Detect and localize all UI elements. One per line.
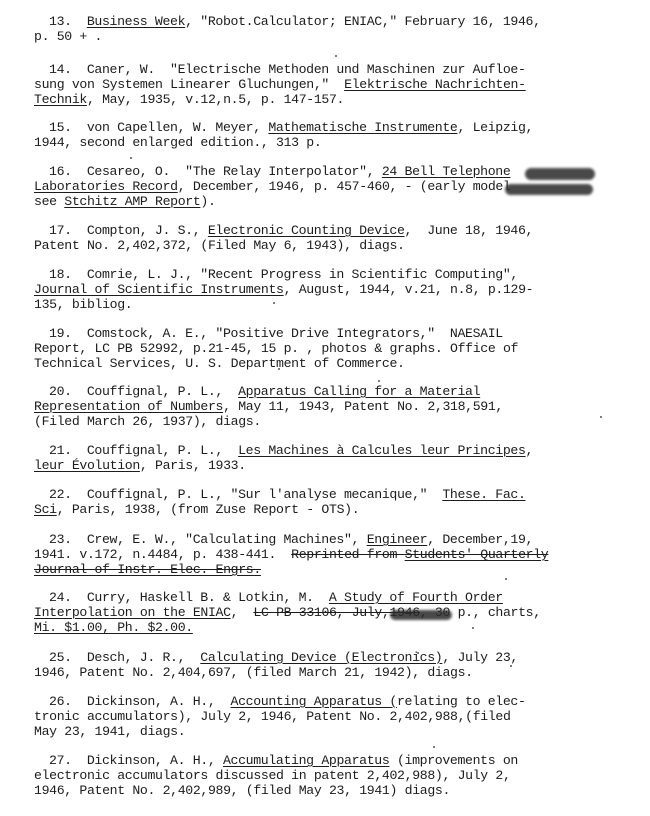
entry-text: , August, 1944, v.21, n.8, p.129- bbox=[284, 282, 534, 297]
entry-line: tronic accumulators), July 2, 1946, Pate… bbox=[34, 709, 644, 724]
entry-number: 17. bbox=[34, 223, 87, 238]
bibliography-entry: 23. Crew, E. W., "Calculating Machines",… bbox=[34, 532, 644, 577]
scan-speck bbox=[505, 578, 507, 580]
scan-speck bbox=[273, 302, 275, 304]
entry-line: electronic accumulators discussed in pat… bbox=[34, 768, 644, 783]
underlined-title: Business Week bbox=[87, 14, 185, 29]
entry-number: 14. bbox=[34, 62, 87, 77]
entry-text: (improvements on bbox=[389, 753, 518, 768]
entry-text: Technical Services, U. S. Department of … bbox=[34, 356, 405, 371]
entry-line: 1946, Patent No. 2,402,989, (filed May 2… bbox=[34, 783, 644, 798]
entry-text: Compton, J. S., bbox=[87, 223, 208, 238]
entry-line: 27. Dickinson, A. H., Accumulating Appar… bbox=[34, 753, 644, 768]
entry-line: Journal of Instr. Elec. Engrs. bbox=[34, 562, 644, 577]
entry-text: von Capellen, W. Meyer, bbox=[87, 120, 269, 135]
entry-text: (Filed March 26, 1937), diags. bbox=[34, 414, 261, 429]
underlined-title: Accumulating Apparatus bbox=[223, 753, 389, 768]
entry-text: , July 23, bbox=[442, 650, 518, 665]
entry-text: relating to elec- bbox=[397, 694, 526, 709]
underlined-title: Elektrische Nachrichten- bbox=[344, 77, 526, 92]
entry-text: tronic accumulators), July 2, 1946, Pate… bbox=[34, 709, 511, 724]
entry-text: ). bbox=[200, 194, 215, 209]
entry-text: Couffignal, P. L., bbox=[87, 384, 238, 399]
entry-line: 25. Desch, J. R., Calculating Device (El… bbox=[34, 650, 644, 665]
entry-text: , Paris, 1933. bbox=[140, 458, 246, 473]
bibliography-entry: 22. Couffignal, P. L., "Sur l'analyse me… bbox=[34, 487, 644, 517]
entry-line: 18. Comrie, L. J., "Recent Progress in S… bbox=[34, 267, 644, 282]
entry-text: Caner, W. "Electrische Methoden und Masc… bbox=[87, 62, 526, 77]
underlined-title: Electronic Counting Device bbox=[208, 223, 405, 238]
entry-number: 23. bbox=[34, 532, 87, 547]
scan-speck bbox=[510, 665, 512, 667]
entry-text: Cesareo, O. "The Relay Interpolator", bbox=[87, 164, 382, 179]
entry-line: 21. Couffignal, P. L., Les Machines à Ca… bbox=[34, 443, 644, 458]
entry-text: May 23, 1941, diags. bbox=[34, 724, 185, 739]
entry-line: Sci, Paris, 1938, (from Zuse Report - OT… bbox=[34, 502, 644, 517]
entry-line: 22. Couffignal, P. L., "Sur l'analyse me… bbox=[34, 487, 644, 502]
entry-line: (Filed March 26, 1937), diags. bbox=[34, 414, 644, 429]
bibliography-entry: 26. Dickinson, A. H., Accounting Apparat… bbox=[34, 694, 644, 739]
entry-text: , December,19, bbox=[427, 532, 533, 547]
entry-text: 1946, Patent No. 2,404,697, (filed March… bbox=[34, 665, 473, 680]
scan-speck bbox=[335, 55, 337, 57]
bibliography-entry: 14. Caner, W. "Electrische Methoden und … bbox=[34, 62, 644, 107]
entry-line: 20. Couffignal, P. L., Apparatus Calling… bbox=[34, 384, 644, 399]
underlined-title: Mi. $1.00, Ph. $2.00. bbox=[34, 620, 193, 635]
underlined-title: leur Évolution bbox=[34, 458, 140, 473]
struck-text: Reprinted from bbox=[291, 547, 404, 562]
entry-text: sung von Systemen Linearer Gluchungen," bbox=[34, 77, 344, 92]
entry-text: Dickinson, A. H., bbox=[87, 753, 223, 768]
bibliography-entry: 27. Dickinson, A. H., Accumulating Appar… bbox=[34, 753, 644, 798]
entry-number: 21. bbox=[34, 443, 87, 458]
entry-text: , December, 1946, p. 457-460, - (early m… bbox=[178, 179, 511, 194]
entry-line: 14. Caner, W. "Electrische Methoden und … bbox=[34, 62, 644, 77]
scan-speck bbox=[278, 368, 280, 370]
entry-text: Couffignal, P. L., bbox=[87, 443, 238, 458]
entry-number: 27. bbox=[34, 753, 87, 768]
entry-line: 26. Dickinson, A. H., Accounting Apparat… bbox=[34, 694, 644, 709]
underlined-title: These. Fac. bbox=[442, 487, 525, 502]
entry-text: Desch, J. R., bbox=[87, 650, 200, 665]
entry-line: 19. Comstock, A. E., "Positive Drive Int… bbox=[34, 326, 644, 341]
underlined-title: Mathematische Instrumente bbox=[268, 120, 457, 135]
entry-text: , "Robot.Calculator; ENIAC," February 16… bbox=[185, 14, 541, 29]
bibliography-entry: 21. Couffignal, P. L., Les Machines à Ca… bbox=[34, 443, 644, 473]
entry-text: 1941. v.172, n.4484, p. 438-441. bbox=[34, 547, 291, 562]
entry-line: see Stchitz AMP Report). bbox=[34, 194, 644, 209]
entry-line: Report, LC PB 52992, p.21-45, 15 p. , ph… bbox=[34, 341, 644, 356]
entry-text: p. 50 + . bbox=[34, 29, 102, 44]
bibliography-entry: 18. Comrie, L. J., "Recent Progress in S… bbox=[34, 267, 644, 312]
underlined-title: Apparatus Calling for a Material bbox=[238, 384, 480, 399]
underlined-title: Sci bbox=[34, 502, 57, 517]
ink-smudge bbox=[525, 168, 595, 180]
underlined-title: Technik bbox=[34, 92, 87, 107]
entry-line: Technik, May, 1935, v.12,n.5, p. 147-157… bbox=[34, 92, 644, 107]
entry-line: 13. Business Week, "Robot.Calculator; EN… bbox=[34, 14, 644, 29]
struck-underlined-text: Students' Quarterly bbox=[405, 547, 549, 562]
entry-line: Patent No. 2,402,372, (Filed May 6, 1943… bbox=[34, 238, 644, 253]
entry-text: see bbox=[34, 194, 64, 209]
underlined-title: Les Machines à Calcules leur Principes bbox=[238, 443, 525, 458]
entry-text: Couffignal, P. L., "Sur l'analyse mecani… bbox=[87, 487, 443, 502]
entry-line: 15. von Capellen, W. Meyer, Mathematisch… bbox=[34, 120, 644, 135]
entry-line: Mi. $1.00, Ph. $2.00. bbox=[34, 620, 644, 635]
scan-speck bbox=[130, 157, 132, 159]
entry-number: 20. bbox=[34, 384, 87, 399]
entry-text: Crew, E. W., "Calculating Machines", bbox=[87, 532, 367, 547]
entry-text: 135, bibliog. bbox=[34, 297, 132, 312]
entry-text: , May 11, 1943, Patent No. 2,318,591, bbox=[223, 399, 503, 414]
entry-line: p. 50 + . bbox=[34, 29, 644, 44]
entry-text: Patent No. 2,402,372, (Filed May 6, 1943… bbox=[34, 238, 405, 253]
entry-text: Comrie, L. J., "Recent Progress in Scien… bbox=[87, 267, 518, 282]
underlined-title: 24 Bell Telephone bbox=[382, 164, 511, 179]
entry-line: 1941. v.172, n.4484, p. 438-441. Reprint… bbox=[34, 547, 644, 562]
bibliography-entry: 24. Curry, Haskell B. & Lotkin, M. A Stu… bbox=[34, 590, 644, 635]
underlined-title: Calculating Device (Electronics) bbox=[200, 650, 442, 665]
entry-text: 1946, Patent No. 2,402,989, (filed May 2… bbox=[34, 783, 450, 798]
entry-number: 15. bbox=[34, 120, 87, 135]
underlined-title: A Study of Fourth Order bbox=[329, 590, 503, 605]
underlined-title: Accounting Apparatus ( bbox=[231, 694, 397, 709]
entry-line: Interpolation on the ENIAC, LC PB 33106,… bbox=[34, 605, 644, 620]
scan-speck bbox=[433, 746, 435, 748]
underlined-title: Representation of Numbers bbox=[34, 399, 223, 414]
entry-line: Representation of Numbers, May 11, 1943,… bbox=[34, 399, 644, 414]
entry-text: Comstock, A. E., "Positive Drive Integra… bbox=[87, 326, 503, 341]
entry-line: sung von Systemen Linearer Gluchungen," … bbox=[34, 77, 644, 92]
bibliography-entry: 25. Desch, J. R., Calculating Device (El… bbox=[34, 650, 644, 680]
entry-line: 23. Crew, E. W., "Calculating Machines",… bbox=[34, 532, 644, 547]
entry-text: 1944, second enlarged edition., 313 p. bbox=[34, 135, 321, 150]
struck-underlined-text: Journal of Instr. Elec. Engrs. bbox=[34, 562, 261, 577]
entry-text: Dickinson, A. H., bbox=[87, 694, 231, 709]
entry-number: 18. bbox=[34, 267, 87, 282]
entry-number: 13. bbox=[34, 14, 87, 29]
entry-text: Report, LC PB 52992, p.21-45, 15 p. , ph… bbox=[34, 341, 518, 356]
entry-line: 1946, Patent No. 2,404,697, (filed March… bbox=[34, 665, 644, 680]
entry-line: 24. Curry, Haskell B. & Lotkin, M. A Stu… bbox=[34, 590, 644, 605]
bibliography-entry: 15. von Capellen, W. Meyer, Mathematisch… bbox=[34, 120, 644, 150]
entry-text: , May, 1935, v.12,n.5, p. 147-157. bbox=[87, 92, 344, 107]
scan-speck bbox=[417, 652, 419, 654]
entry-line: Journal of Scientific Instruments, Augus… bbox=[34, 282, 644, 297]
underlined-title: Journal of Scientific Instruments bbox=[34, 282, 284, 297]
scan-speck bbox=[472, 627, 474, 629]
bibliography-entry: 17. Compton, J. S., Electronic Counting … bbox=[34, 223, 644, 253]
scan-speck bbox=[378, 380, 380, 382]
bibliography-entry: 13. Business Week, "Robot.Calculator; EN… bbox=[34, 14, 644, 44]
underlined-title: Laboratories Record bbox=[34, 179, 178, 194]
entry-number: 16. bbox=[34, 164, 87, 179]
entry-line: 1944, second enlarged edition., 313 p. bbox=[34, 135, 644, 150]
underlined-title: Engineer bbox=[367, 532, 428, 547]
entry-text: , Paris, 1938, (from Zuse Report - OTS). bbox=[57, 502, 360, 517]
scan-speck bbox=[600, 416, 602, 418]
entry-number: 26. bbox=[34, 694, 87, 709]
entry-number: 19. bbox=[34, 326, 87, 341]
entry-number: 24. bbox=[34, 590, 87, 605]
entry-text: electronic accumulators discussed in pat… bbox=[34, 768, 511, 783]
bibliography-page: 13. Business Week, "Robot.Calculator; EN… bbox=[0, 0, 650, 816]
entry-text: , June 18, 1946, bbox=[405, 223, 534, 238]
entry-line: leur Évolution, Paris, 1933. bbox=[34, 458, 644, 473]
entry-line: 17. Compton, J. S., Electronic Counting … bbox=[34, 223, 644, 238]
entry-text: , bbox=[231, 605, 254, 620]
entry-line: 135, bibliog. bbox=[34, 297, 644, 312]
entry-text: , Leipzig, bbox=[457, 120, 533, 135]
entry-text: Curry, Haskell B. & Lotkin, M. bbox=[87, 590, 329, 605]
entry-number: 22. bbox=[34, 487, 87, 502]
bibliography-entry: 19. Comstock, A. E., "Positive Drive Int… bbox=[34, 326, 644, 371]
bibliography-entry: 20. Couffignal, P. L., Apparatus Calling… bbox=[34, 384, 644, 429]
ink-smudge bbox=[390, 610, 452, 620]
entry-number: 25. bbox=[34, 650, 87, 665]
entry-line: May 23, 1941, diags. bbox=[34, 724, 644, 739]
underlined-title: Stchitz AMP Report bbox=[64, 194, 200, 209]
ink-smudge bbox=[505, 184, 593, 195]
underlined-title: Interpolation on the ENIAC bbox=[34, 605, 231, 620]
entry-line: Technical Services, U. S. Department of … bbox=[34, 356, 644, 371]
entry-text: , bbox=[526, 443, 534, 458]
